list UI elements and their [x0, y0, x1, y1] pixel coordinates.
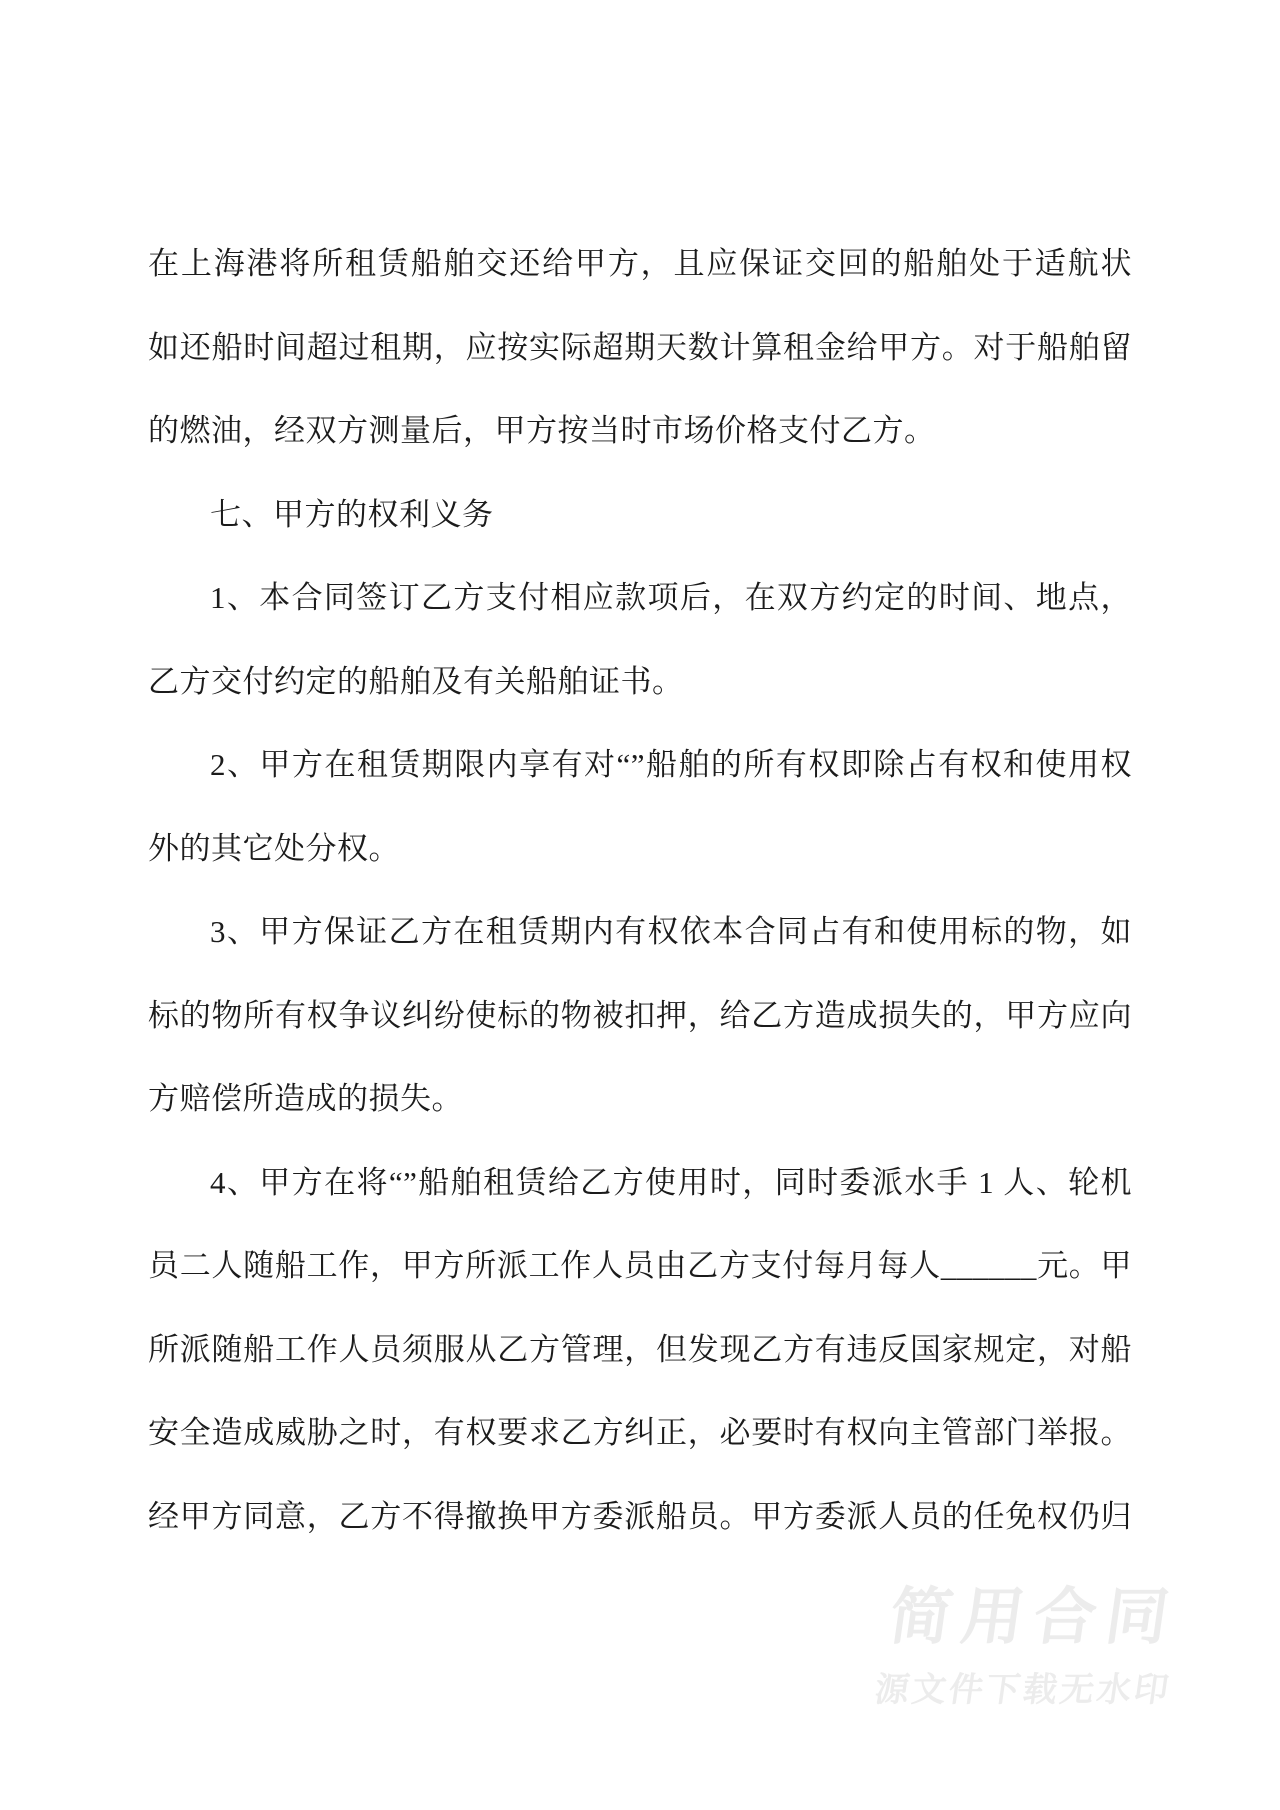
watermark: 简用合同 源文件下载无水印	[875, 1583, 1168, 1709]
watermark-subtitle: 源文件下载无水印	[872, 1671, 1173, 1709]
contract-line: 3、甲方保证乙方在租赁期内有权依本合同占有和使用标的物，如因	[148, 890, 1132, 974]
contract-body: 在上海港将所租赁船舶交还给甲方，且应保证交回的船舶处于适航状态。 如还船时间超过…	[148, 222, 1132, 1558]
contract-line: 如还船时间超过租期，应按实际超期天数计算租金给甲方。对于船舶留存	[148, 306, 1132, 390]
contract-line: 安全造成威胁之时，有权要求乙方纠正，必要时有权向主管部门举报。未	[148, 1391, 1132, 1475]
contract-line: 2、甲方在租赁期限内享有对“”船舶的所有权即除占有权和使用权	[148, 723, 1132, 807]
contract-line: 经甲方同意，乙方不得撤换甲方委派船员。甲方委派人员的任免权仍归甲	[148, 1475, 1132, 1559]
contract-line: 标的物所有权争议纠纷使标的物被扣押，给乙方造成损失的，甲方应向乙	[148, 974, 1132, 1058]
contract-line: 的燃油，经双方测量后，甲方按当时市场价格支付乙方。	[148, 389, 1132, 473]
contract-line: 1、本合同签订乙方支付相应款项后，在双方约定的时间、地点，向	[148, 556, 1132, 640]
contract-section-heading: 七、甲方的权利义务	[148, 473, 1132, 557]
contract-line: 员二人随船工作，甲方所派工作人员由乙方支付每月每人______元。甲方	[148, 1224, 1132, 1308]
contract-line: 乙方交付约定的船舶及有关船舶证书。	[148, 640, 1132, 724]
watermark-title: 简用合同	[870, 1583, 1183, 1653]
contract-line: 4、甲方在将“”船舶租赁给乙方使用时，同时委派水手 1 人、轮机	[148, 1141, 1132, 1225]
contract-page: 在上海港将所租赁船舶交还给甲方，且应保证交回的船舶处于适航状态。 如还船时间超过…	[0, 0, 1280, 1810]
contract-line: 方赔偿所造成的损失。	[148, 1057, 1132, 1141]
contract-line: 在上海港将所租赁船舶交还给甲方，且应保证交回的船舶处于适航状态。	[148, 222, 1132, 306]
contract-line: 所派随船工作人员须服从乙方管理，但发现乙方有违反国家规定，对船舶	[148, 1308, 1132, 1392]
contract-line: 外的其它处分权。	[148, 807, 1132, 891]
